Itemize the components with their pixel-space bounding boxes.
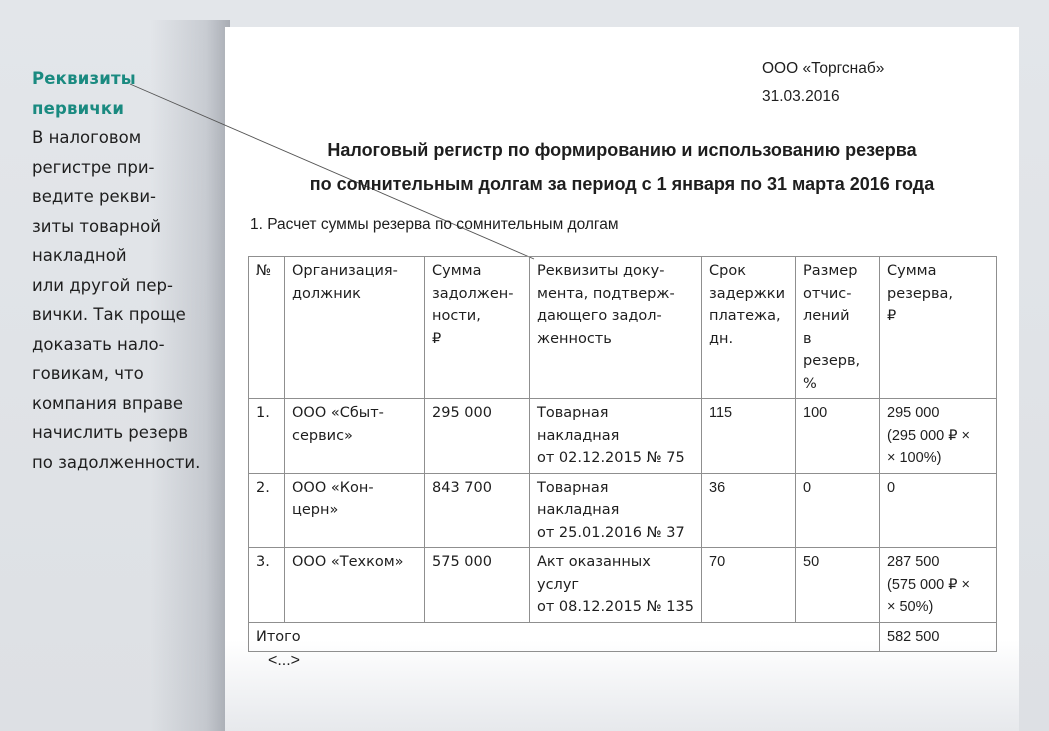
note-body-line: вички. Так проще xyxy=(32,300,212,330)
cell-document: Товарная накладная от 02.12.2015 № 75 xyxy=(530,399,702,474)
cell-debt-amount: 843 700 xyxy=(425,473,530,548)
header-reserve-percent: Размер отчис- лений в резерв, % xyxy=(796,257,880,399)
header-reserve-amount: Сумма резерва, ₽ xyxy=(880,257,997,399)
header-debtor: Организация- должник xyxy=(285,257,425,399)
cell-delay-days: 115 xyxy=(702,399,796,474)
total-value: 582 500 xyxy=(880,622,997,652)
cell-reserve-percent: 50 xyxy=(796,548,880,623)
header-number: № xyxy=(249,257,285,399)
cell-debtor: ООО «Кон- церн» xyxy=(285,473,425,548)
organization-block: ООО «Торгснаб» 31.03.2016 xyxy=(762,55,884,111)
document-date: 31.03.2016 xyxy=(762,83,884,111)
cell-reserve-amount: 295 000 (295 000 ₽ × × 100%) xyxy=(880,399,997,474)
cell-debtor: ООО «Сбыт- сервис» xyxy=(285,399,425,474)
cell-debtor: ООО «Техком» xyxy=(285,548,425,623)
section-heading: 1. Расчет суммы резерва по сомнительным … xyxy=(250,216,619,234)
table-row: 1. ООО «Сбыт- сервис» 295 000 Товарная н… xyxy=(249,399,997,474)
note-title-line-1: Реквизиты xyxy=(32,64,212,94)
cell-debt-amount: 575 000 xyxy=(425,548,530,623)
note-body-line: регистре при- xyxy=(32,153,212,183)
note-body-line: зиты товарной xyxy=(32,212,212,242)
sidebar-note: Реквизиты первички В налоговом регистре … xyxy=(32,64,212,477)
header-delay-days: Срок задержки платежа, дн. xyxy=(702,257,796,399)
note-body-line: или другой пер- xyxy=(32,271,212,301)
cell-number: 3. xyxy=(249,548,285,623)
table-row: 2. ООО «Кон- церн» 843 700 Товарная накл… xyxy=(249,473,997,548)
cell-reserve-percent: 0 xyxy=(796,473,880,548)
header-debt-amount: Сумма задолжен- ности, ₽ xyxy=(425,257,530,399)
cell-reserve-amount: 0 xyxy=(880,473,997,548)
note-body-line: ведите рекви- xyxy=(32,182,212,212)
note-body-line: накладной xyxy=(32,241,212,271)
table-row: 3. ООО «Техком» 575 000 Акт оказанных ус… xyxy=(249,548,997,623)
continuation-marker: <...> xyxy=(268,652,300,670)
reserve-table: № Организация- должник Сумма задолжен- н… xyxy=(248,256,997,652)
cell-delay-days: 36 xyxy=(702,473,796,548)
header-document: Реквизиты доку- мента, подтверж- дающего… xyxy=(530,257,702,399)
note-body-line: начислить резерв xyxy=(32,418,212,448)
table-total-row: Итого 582 500 xyxy=(249,622,997,652)
note-title-line-2: первички xyxy=(32,94,212,124)
note-body-line: В налоговом xyxy=(32,123,212,153)
organization-name: ООО «Торгснаб» xyxy=(762,55,884,83)
document-title: Налоговый регистр по формированию и испо… xyxy=(225,133,1019,201)
cell-document: Акт оказанных услуг от 08.12.2015 № 135 xyxy=(530,548,702,623)
cell-number: 1. xyxy=(249,399,285,474)
table-header-row: № Организация- должник Сумма задолжен- н… xyxy=(249,257,997,399)
cell-number: 2. xyxy=(249,473,285,548)
document-title-line-2: по сомнительным долгам за период с 1 янв… xyxy=(225,167,1019,201)
page-bottom-fade xyxy=(225,640,1019,731)
total-label: Итого xyxy=(249,622,880,652)
cell-delay-days: 70 xyxy=(702,548,796,623)
cell-document: Товарная накладная от 25.01.2016 № 37 xyxy=(530,473,702,548)
note-body-line: доказать нало- xyxy=(32,330,212,360)
note-body-line: говикам, что xyxy=(32,359,212,389)
note-body-line: по задолженности. xyxy=(32,448,212,478)
document-title-line-1: Налоговый регистр по формированию и испо… xyxy=(225,133,1019,167)
note-body-line: компания вправе xyxy=(32,389,212,419)
cell-reserve-percent: 100 xyxy=(796,399,880,474)
cell-reserve-amount: 287 500 (575 000 ₽ × × 50%) xyxy=(880,548,997,623)
cell-debt-amount: 295 000 xyxy=(425,399,530,474)
